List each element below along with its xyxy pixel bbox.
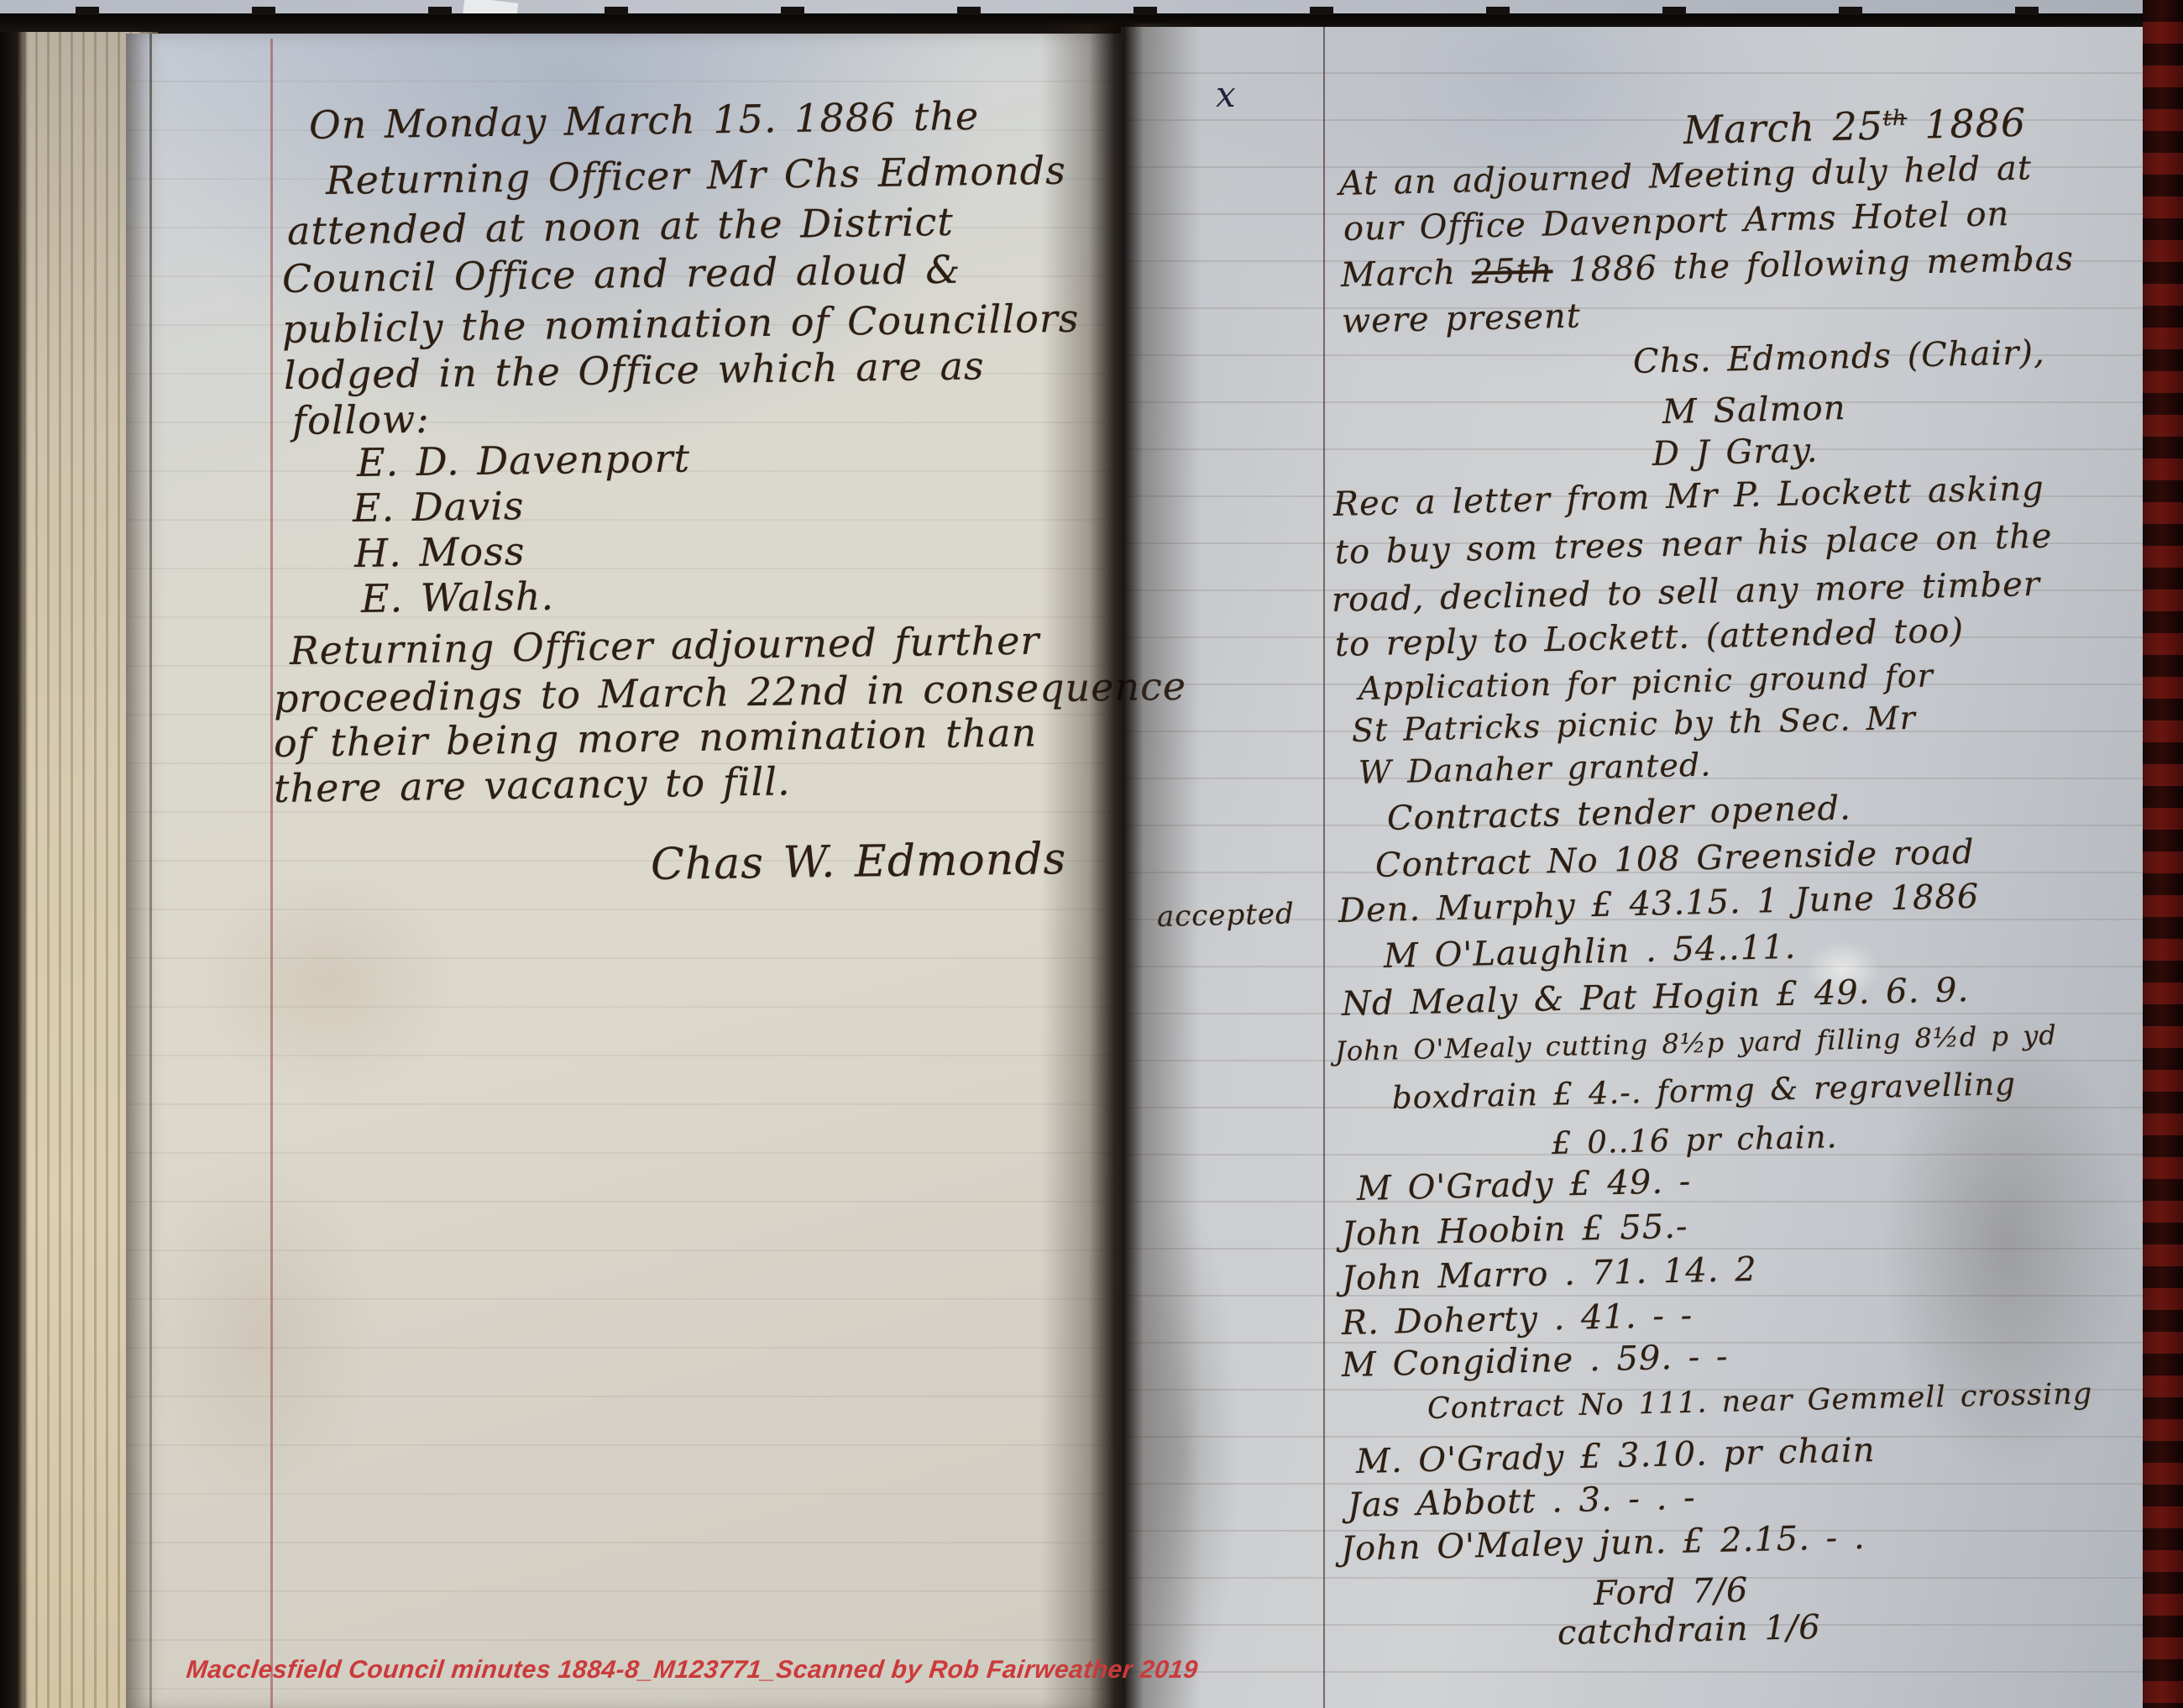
heading-date-prefix: March 25 xyxy=(1683,103,1883,153)
heading-date-superscript: th xyxy=(1882,106,1907,131)
tender-line: M O'Grady £ 49. - xyxy=(1356,1162,1691,1208)
date-line-prefix: March xyxy=(1340,253,1472,295)
tender-line: catchdrain 1/6 xyxy=(1557,1608,1821,1653)
scanned-minutes-book: On Monday March 15. 1886 the Returning O… xyxy=(0,0,2183,1708)
scan-caption: Macclesfield Council minutes 1884-8_M123… xyxy=(185,1656,1199,1684)
left-page-crease xyxy=(149,34,152,1708)
tender-line: Jas Abbott . 3. - . - xyxy=(1347,1479,1696,1525)
attendee-name: D J Gray. xyxy=(1652,432,1818,474)
date-line-struck: 25th xyxy=(1471,251,1553,291)
heading-date-year: 1886 xyxy=(1907,100,2027,148)
tender-line: Ford 7/6 xyxy=(1593,1571,1748,1613)
margin-line-right xyxy=(1323,27,1325,1708)
nominee-name: H. Moss xyxy=(354,528,526,576)
tender-line: John Hoobin £ 55.- xyxy=(1341,1208,1688,1254)
nominee-name: E. Davis xyxy=(353,483,525,531)
manuscript-line: there are vacancy to fill. xyxy=(274,758,791,811)
heading-date: March 25th 1886 xyxy=(1683,100,2026,153)
nominee-name: E. Walsh. xyxy=(361,574,555,621)
tender-line: R. Doherty . 41. - - xyxy=(1341,1297,1693,1343)
nominee-name: E. D. Davenport xyxy=(357,435,691,485)
pen-mark-x: x xyxy=(1216,74,1236,115)
attendee-name: M Salmon xyxy=(1662,389,1845,432)
tender-line: £ 0..16 pr chain. xyxy=(1552,1119,1838,1161)
manuscript-line: Council Office and read aloud & xyxy=(282,247,961,301)
book-cover-edge xyxy=(2143,0,2183,1708)
manuscript-line: were present xyxy=(1341,297,1581,341)
red-margin-line-left xyxy=(270,39,273,1708)
signature: Chas W. Edmonds xyxy=(651,834,1067,890)
margin-note-accepted: accepted xyxy=(1157,897,1296,934)
manuscript-line: On Monday March 15. 1886 the xyxy=(309,93,980,148)
manuscript-line: follow: xyxy=(292,396,430,443)
manuscript-line: attended at noon at the District xyxy=(287,199,955,254)
